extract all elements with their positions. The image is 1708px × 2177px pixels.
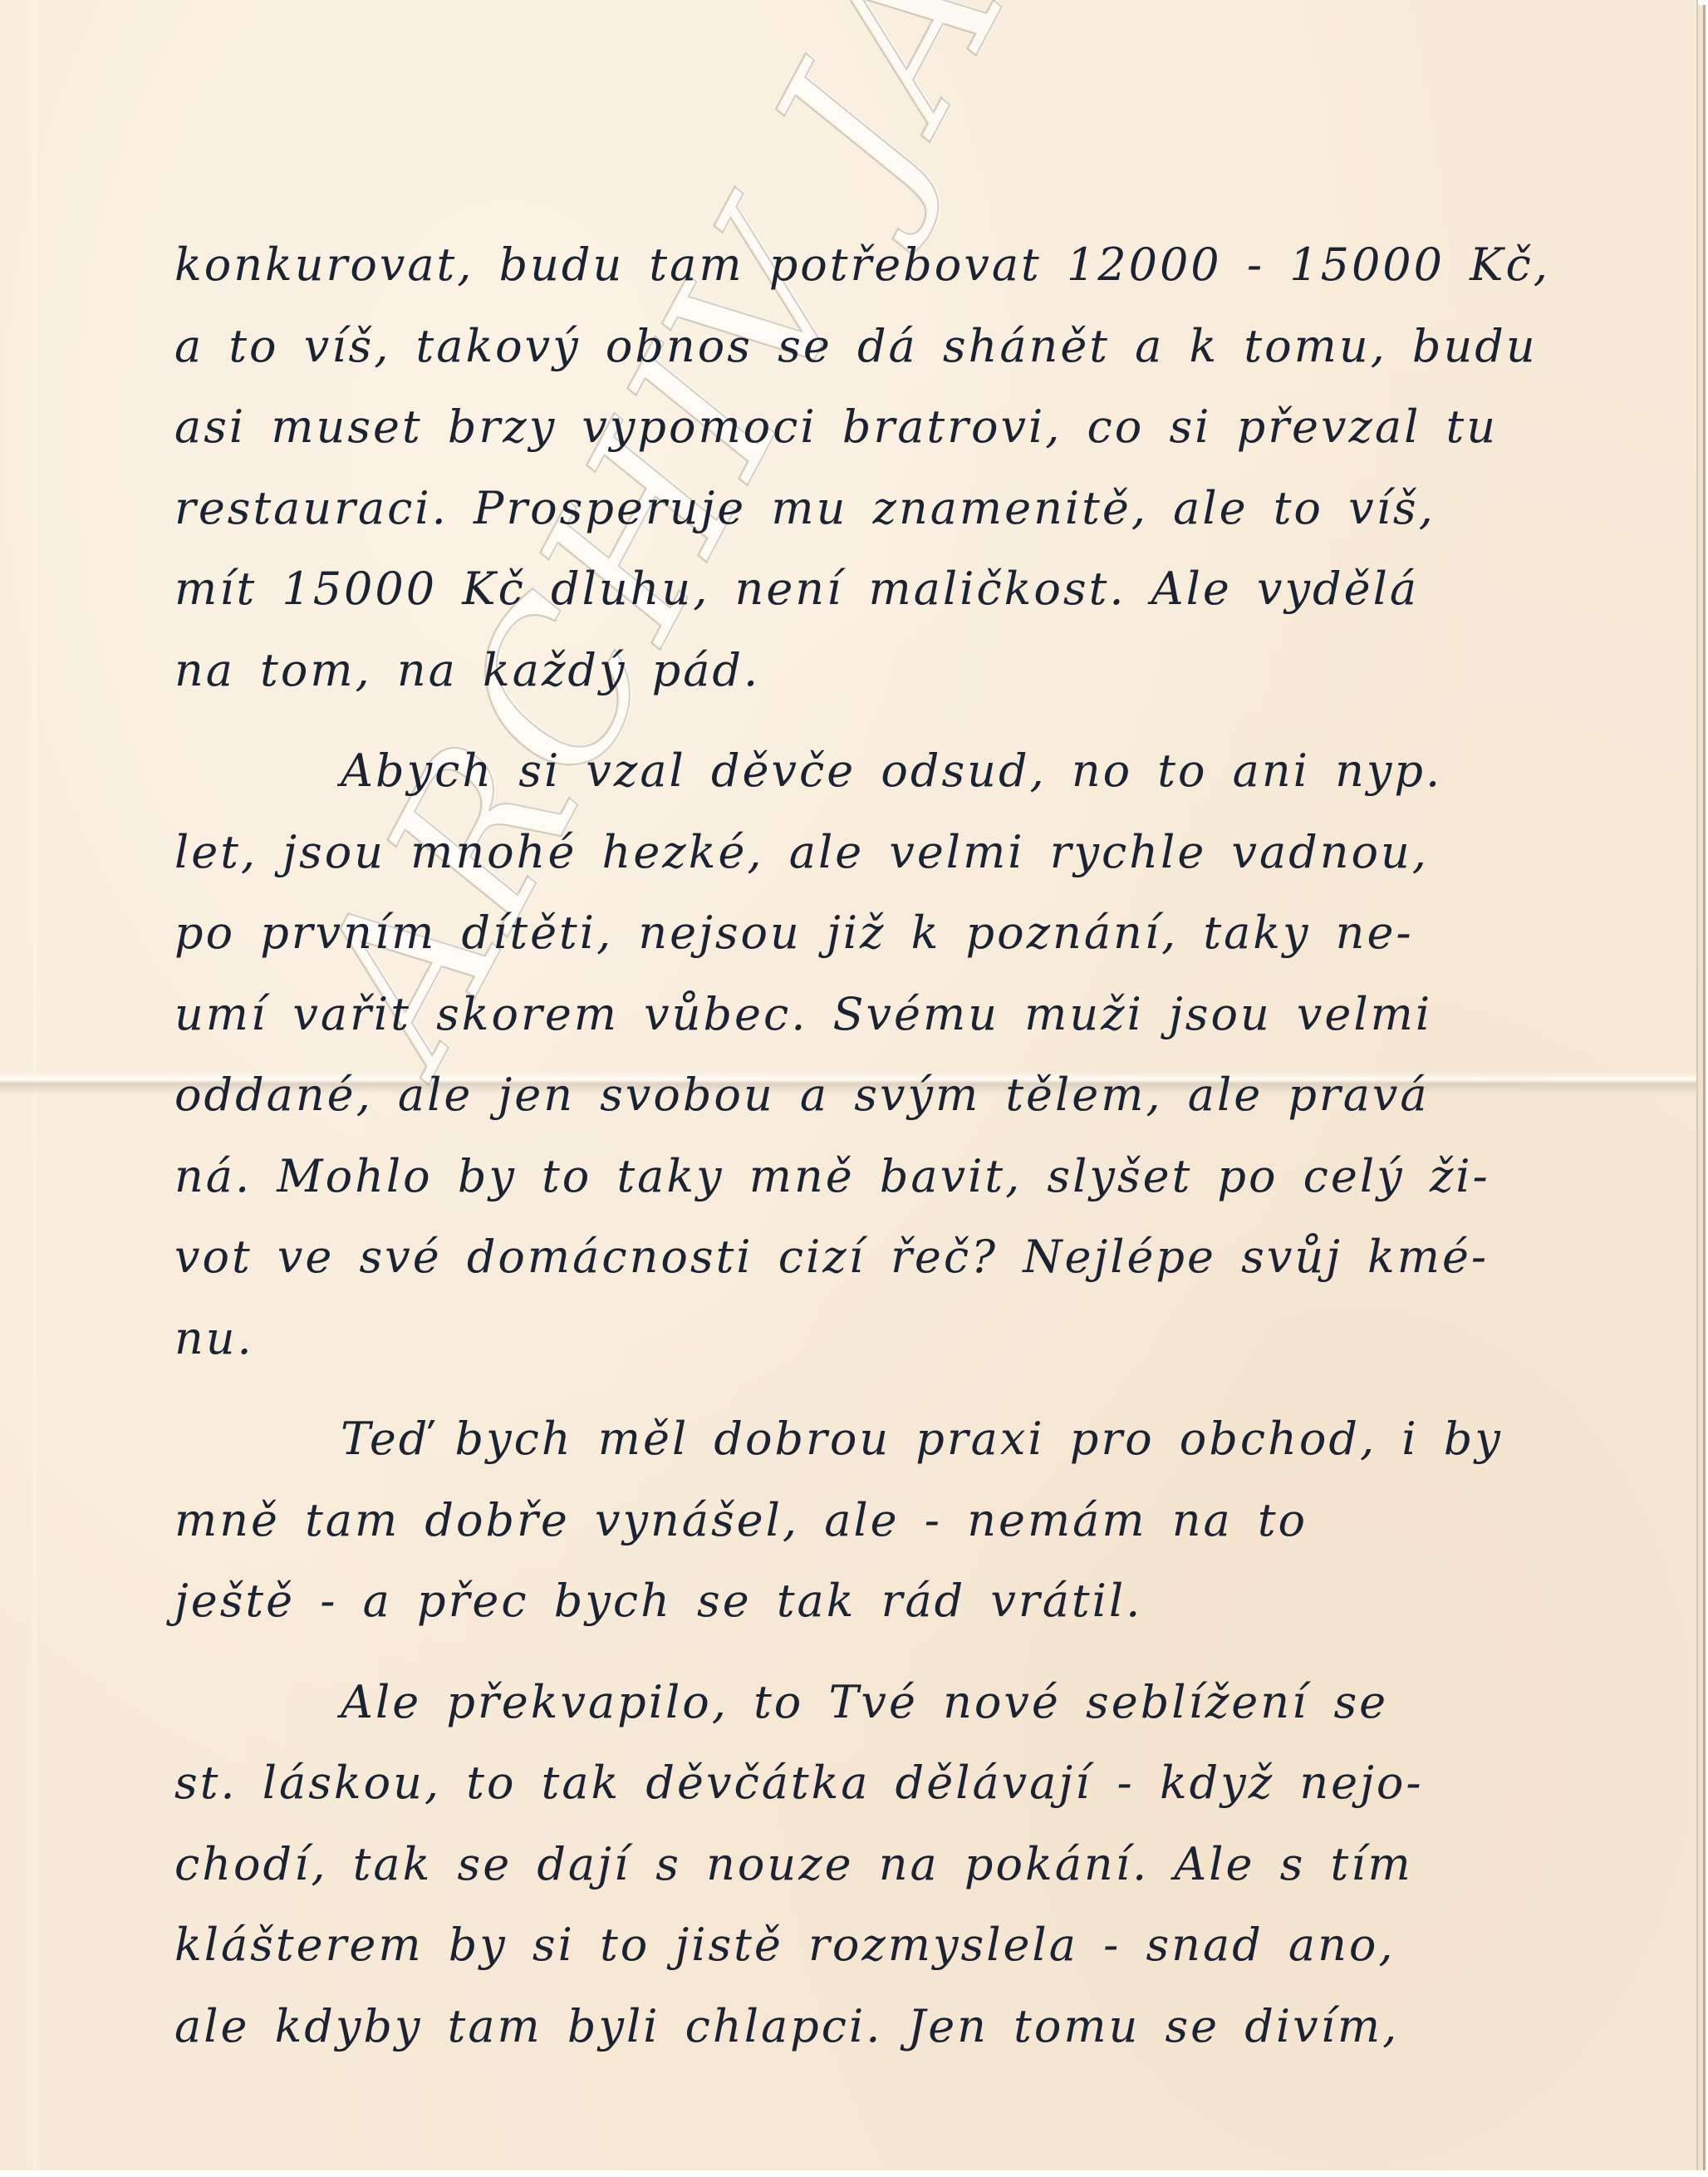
letter-line-1: konkurovat, budu tam potřebovat 12000 - …: [174, 224, 1653, 306]
letter-line-21: klášterem by si to jistě rozmyslela - sn…: [174, 1904, 1653, 1986]
letter-line-20: chodí, tak se dají s nouze na pokání. Al…: [174, 1824, 1653, 1905]
letter-line-19: st. láskou, to tak děvčátka dělávají - k…: [174, 1742, 1653, 1824]
letter-body: konkurovat, budu tam potřebovat 12000 - …: [174, 224, 1653, 2066]
letter-line-10: umí vařit skorem vůbec. Svému muži jsou …: [174, 974, 1653, 1055]
letter-line-15: Teď bych měl dobrou praxi pro obchod, i …: [174, 1398, 1653, 1480]
letter-line-14: nu.: [174, 1298, 1653, 1379]
letter-line-11: oddané, ale jen svobou a svým tělem, ale…: [174, 1054, 1653, 1136]
letter-line-2: a to víš, takový obnos se dá shánět a k …: [174, 306, 1653, 387]
letter-page: ARCHIV JAR.KUTY konkurovat, budu tam pot…: [0, 0, 1698, 2170]
letter-line-9: po prvním dítěti, nejsou již k poznání, …: [174, 892, 1653, 974]
letter-line-16: mně tam dobře vynášel, ale - nemám na to: [174, 1480, 1653, 1561]
letter-line-12: ná. Mohlo by to taky mně bavit, slyšet p…: [174, 1136, 1653, 1217]
letter-line-4: restauraci. Prosperuje mu znamenitě, ale…: [174, 468, 1653, 549]
letter-line-8: let, jsou mnohé hezké, ale velmi rychle …: [174, 812, 1653, 893]
letter-line-5: mít 15000 Kč dluhu, není maličkost. Ale …: [174, 548, 1653, 630]
letter-line-7: Abych si vzal děvče odsud, no to ani nyp…: [174, 730, 1653, 812]
letter-line-6: na tom, na každý pád.: [174, 630, 1653, 711]
letter-line-22: ale kdyby tam byli chlapci. Jen tomu se …: [174, 1986, 1653, 2067]
letter-line-13: vot ve své domácnosti cizí řeč? Nejlépe …: [174, 1216, 1653, 1298]
letter-line-17: ještě - a přec bych se tak rád vrátil.: [174, 1560, 1653, 1642]
letter-line-18: Ale překvapilo, to Tvé nové seblížení se: [174, 1662, 1653, 1743]
letter-line-3: asi muset brzy vypomoci bratrovi, co si …: [174, 386, 1653, 468]
